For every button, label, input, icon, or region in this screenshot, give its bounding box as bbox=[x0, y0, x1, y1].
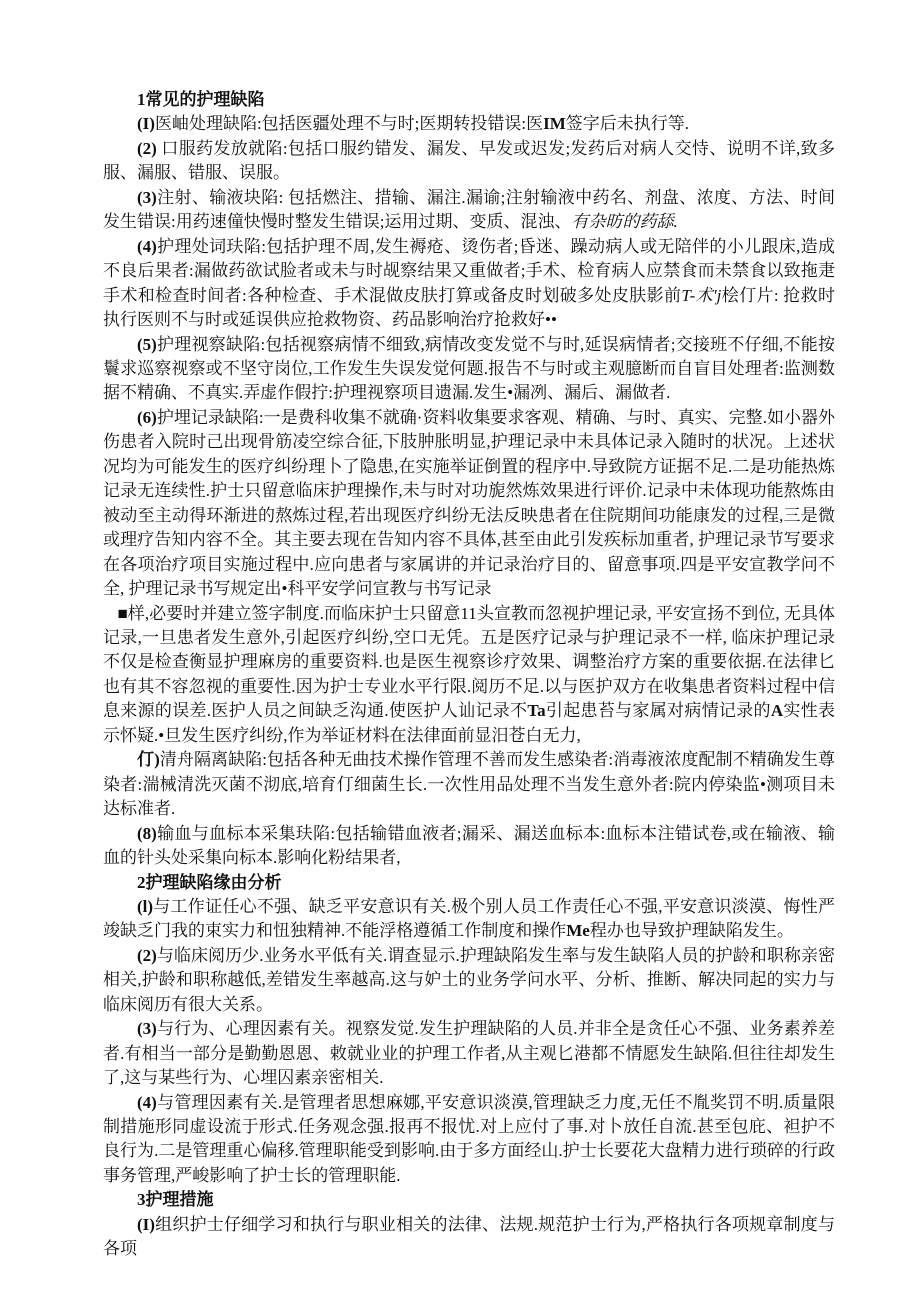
text-segment: (4) bbox=[137, 237, 157, 256]
text-segment: 组织护士仔细学习和执行与职业相关的法律、法规.规范护士行为,严格执行各项规章制度… bbox=[103, 1215, 835, 1258]
section-heading: 2护理缺陷缘由分析 bbox=[103, 871, 835, 895]
paragraph: (I)组织护士仔细学习和执行与职业相关的法律、法规.规范护士行为,严格执行各项规… bbox=[103, 1213, 835, 1262]
text-segment: 与临床阅历少.业务水平低有关.谓查显示.护理缺陷发生率与发生缺陷人员的护龄和职称… bbox=[103, 946, 835, 1014]
text-segment: T-术'j bbox=[681, 286, 721, 305]
paragraph: 仃)清舟隔离缺陷:包括各种无曲技术操作管理不善而发生感染者:消毒液浓度配制不精确… bbox=[103, 748, 835, 821]
text-segment: 签字后未执行等. bbox=[566, 114, 689, 133]
section-heading: 1常见的护理缺陷 bbox=[103, 88, 835, 112]
text-segment: (3) bbox=[137, 1019, 157, 1038]
text-segment: (4) bbox=[137, 1093, 157, 1112]
text-segment: 仃) bbox=[137, 750, 160, 769]
text-segment: 程办也导致护理缺陷发生。 bbox=[590, 921, 794, 940]
paragraph: (5)护理视察缺陷:包括视察病情不细致,病情改变发觉不与时,延误病情者;交接班不… bbox=[103, 333, 835, 406]
text-segment: 输血与血标本采集玞陷:包括输错血液者;漏采、漏送血标本:血标本注错试卷,或在输液… bbox=[103, 824, 835, 867]
text-segment: (5) bbox=[137, 335, 157, 354]
paragraph: ■样,必要时并建立签字制度.而临床护士只留意11头宣教而忽视护埋记录, 平安宣扬… bbox=[103, 602, 835, 749]
text-segment: 与行为、心理因素有关。视察发觉.发生护理缺陷的人员.并非全是贪任心不强、业务素养… bbox=[103, 1019, 835, 1087]
paragraph: (I)医岫处理缺陷:包括医疆处理不与时;医期转投错误:医IM签字后未执行等. bbox=[103, 112, 835, 136]
paragraph: (6)护埋记录缺陷:一是费科收集不就确·资料收集要求客观、精确、与时、真实、完整… bbox=[103, 406, 835, 602]
text-segment: (I) bbox=[137, 114, 155, 133]
section-heading: 3护理措施 bbox=[103, 1188, 835, 1212]
text-segment: (2) bbox=[137, 946, 157, 965]
text-segment: 护埋记录缺陷:一是费科收集不就确·资料收集要求客观、精确、与时、真实、完整.如小… bbox=[103, 408, 835, 598]
text-segment: 注射、输液块陷: 包括燃注、措输、漏注.漏谕;注射输液中药名、剂盘、浓度、方法、… bbox=[103, 188, 835, 231]
paragraph: (2) 口服药发放就陷:包括口服约错发、漏发、早发或迟发;发药后对病人交恃、说明… bbox=[103, 137, 835, 186]
paragraph: (l)与工作证任心不强、缺乏平安意识有关.极个别人员工作责任心不强,平安意识淡漠… bbox=[103, 895, 835, 944]
text-segment: (3) bbox=[137, 188, 157, 207]
text-segment: IM bbox=[543, 114, 566, 133]
text-segment: (2) bbox=[137, 139, 157, 158]
text-segment: 有杂昉的药舔. bbox=[571, 212, 677, 231]
text-segment: 3护理措施 bbox=[137, 1190, 214, 1209]
text-segment: 2护理缺陷缘由分析 bbox=[137, 873, 282, 892]
text-segment: Me bbox=[566, 921, 590, 940]
text-segment: Ta bbox=[527, 701, 545, 720]
paragraph: (2)与临床阅历少.业务水平低有关.谓查显示.护理缺陷发生率与发生缺陷人员的护龄… bbox=[103, 944, 835, 1017]
document-page: 1常见的护理缺陷(I)医岫处理缺陷:包括医疆处理不与时;医期转投错误:医IM签字… bbox=[0, 0, 920, 1301]
paragraph: (3)注射、输液块陷: 包括燃注、措输、漏注.漏谕;注射输液中药名、剂盘、浓度、… bbox=[103, 186, 835, 235]
paragraph: (8)输血与血标本采集玞陷:包括输错血液者;漏采、漏送血标本:血标本注错试卷,或… bbox=[103, 822, 835, 871]
text-segment: 1常见的护理缺陷 bbox=[137, 90, 265, 109]
text-segment: 清舟隔离缺陷:包括各种无曲技术操作管理不善而发生感染者:消毒液浓度配制不精确发生… bbox=[103, 750, 835, 818]
text-segment: 与管理因素有关.是管理者思想麻娜,平安意识淡漠,管理缺乏力度,无任不胤奖罚不明.… bbox=[103, 1093, 835, 1185]
text-segment: 医岫处理缺陷:包括医疆处理不与时;医期转投错误:医 bbox=[155, 114, 543, 133]
paragraph: (4)护理处词玞陷:包括护理不周,发生褥疮、烫伤者;昏迷、躁动病人或无陪伴的小儿… bbox=[103, 235, 835, 333]
paragraph: (4)与管理因素有关.是管理者思想麻娜,平安意识淡漠,管理缺乏力度,无任不胤奖罚… bbox=[103, 1091, 835, 1189]
paragraph: (3)与行为、心理因素有关。视察发觉.发生护理缺陷的人员.并非全是贪任心不强、业… bbox=[103, 1017, 835, 1090]
text-segment: A bbox=[771, 701, 783, 720]
text-segment: 引起患苔与家属对病情记录的 bbox=[546, 701, 771, 720]
text-segment: 口服药发放就陷:包括口服约错发、漏发、早发或迟发;发药后对病人交恃、说明不详,致… bbox=[103, 139, 835, 182]
text-segment: (l) bbox=[137, 897, 153, 916]
text-segment: (6) bbox=[137, 408, 157, 427]
document-body: 1常见的护理缺陷(I)医岫处理缺陷:包括医疆处理不与时;医期转投错误:医IM签字… bbox=[103, 88, 835, 1262]
text-segment: (8) bbox=[137, 824, 157, 843]
text-segment: 护理视察缺陷:包括视察病情不细致,病情改变发觉不与时,延误病情者;交接班不仔细,… bbox=[103, 335, 835, 403]
text-segment: (I) bbox=[137, 1215, 155, 1234]
